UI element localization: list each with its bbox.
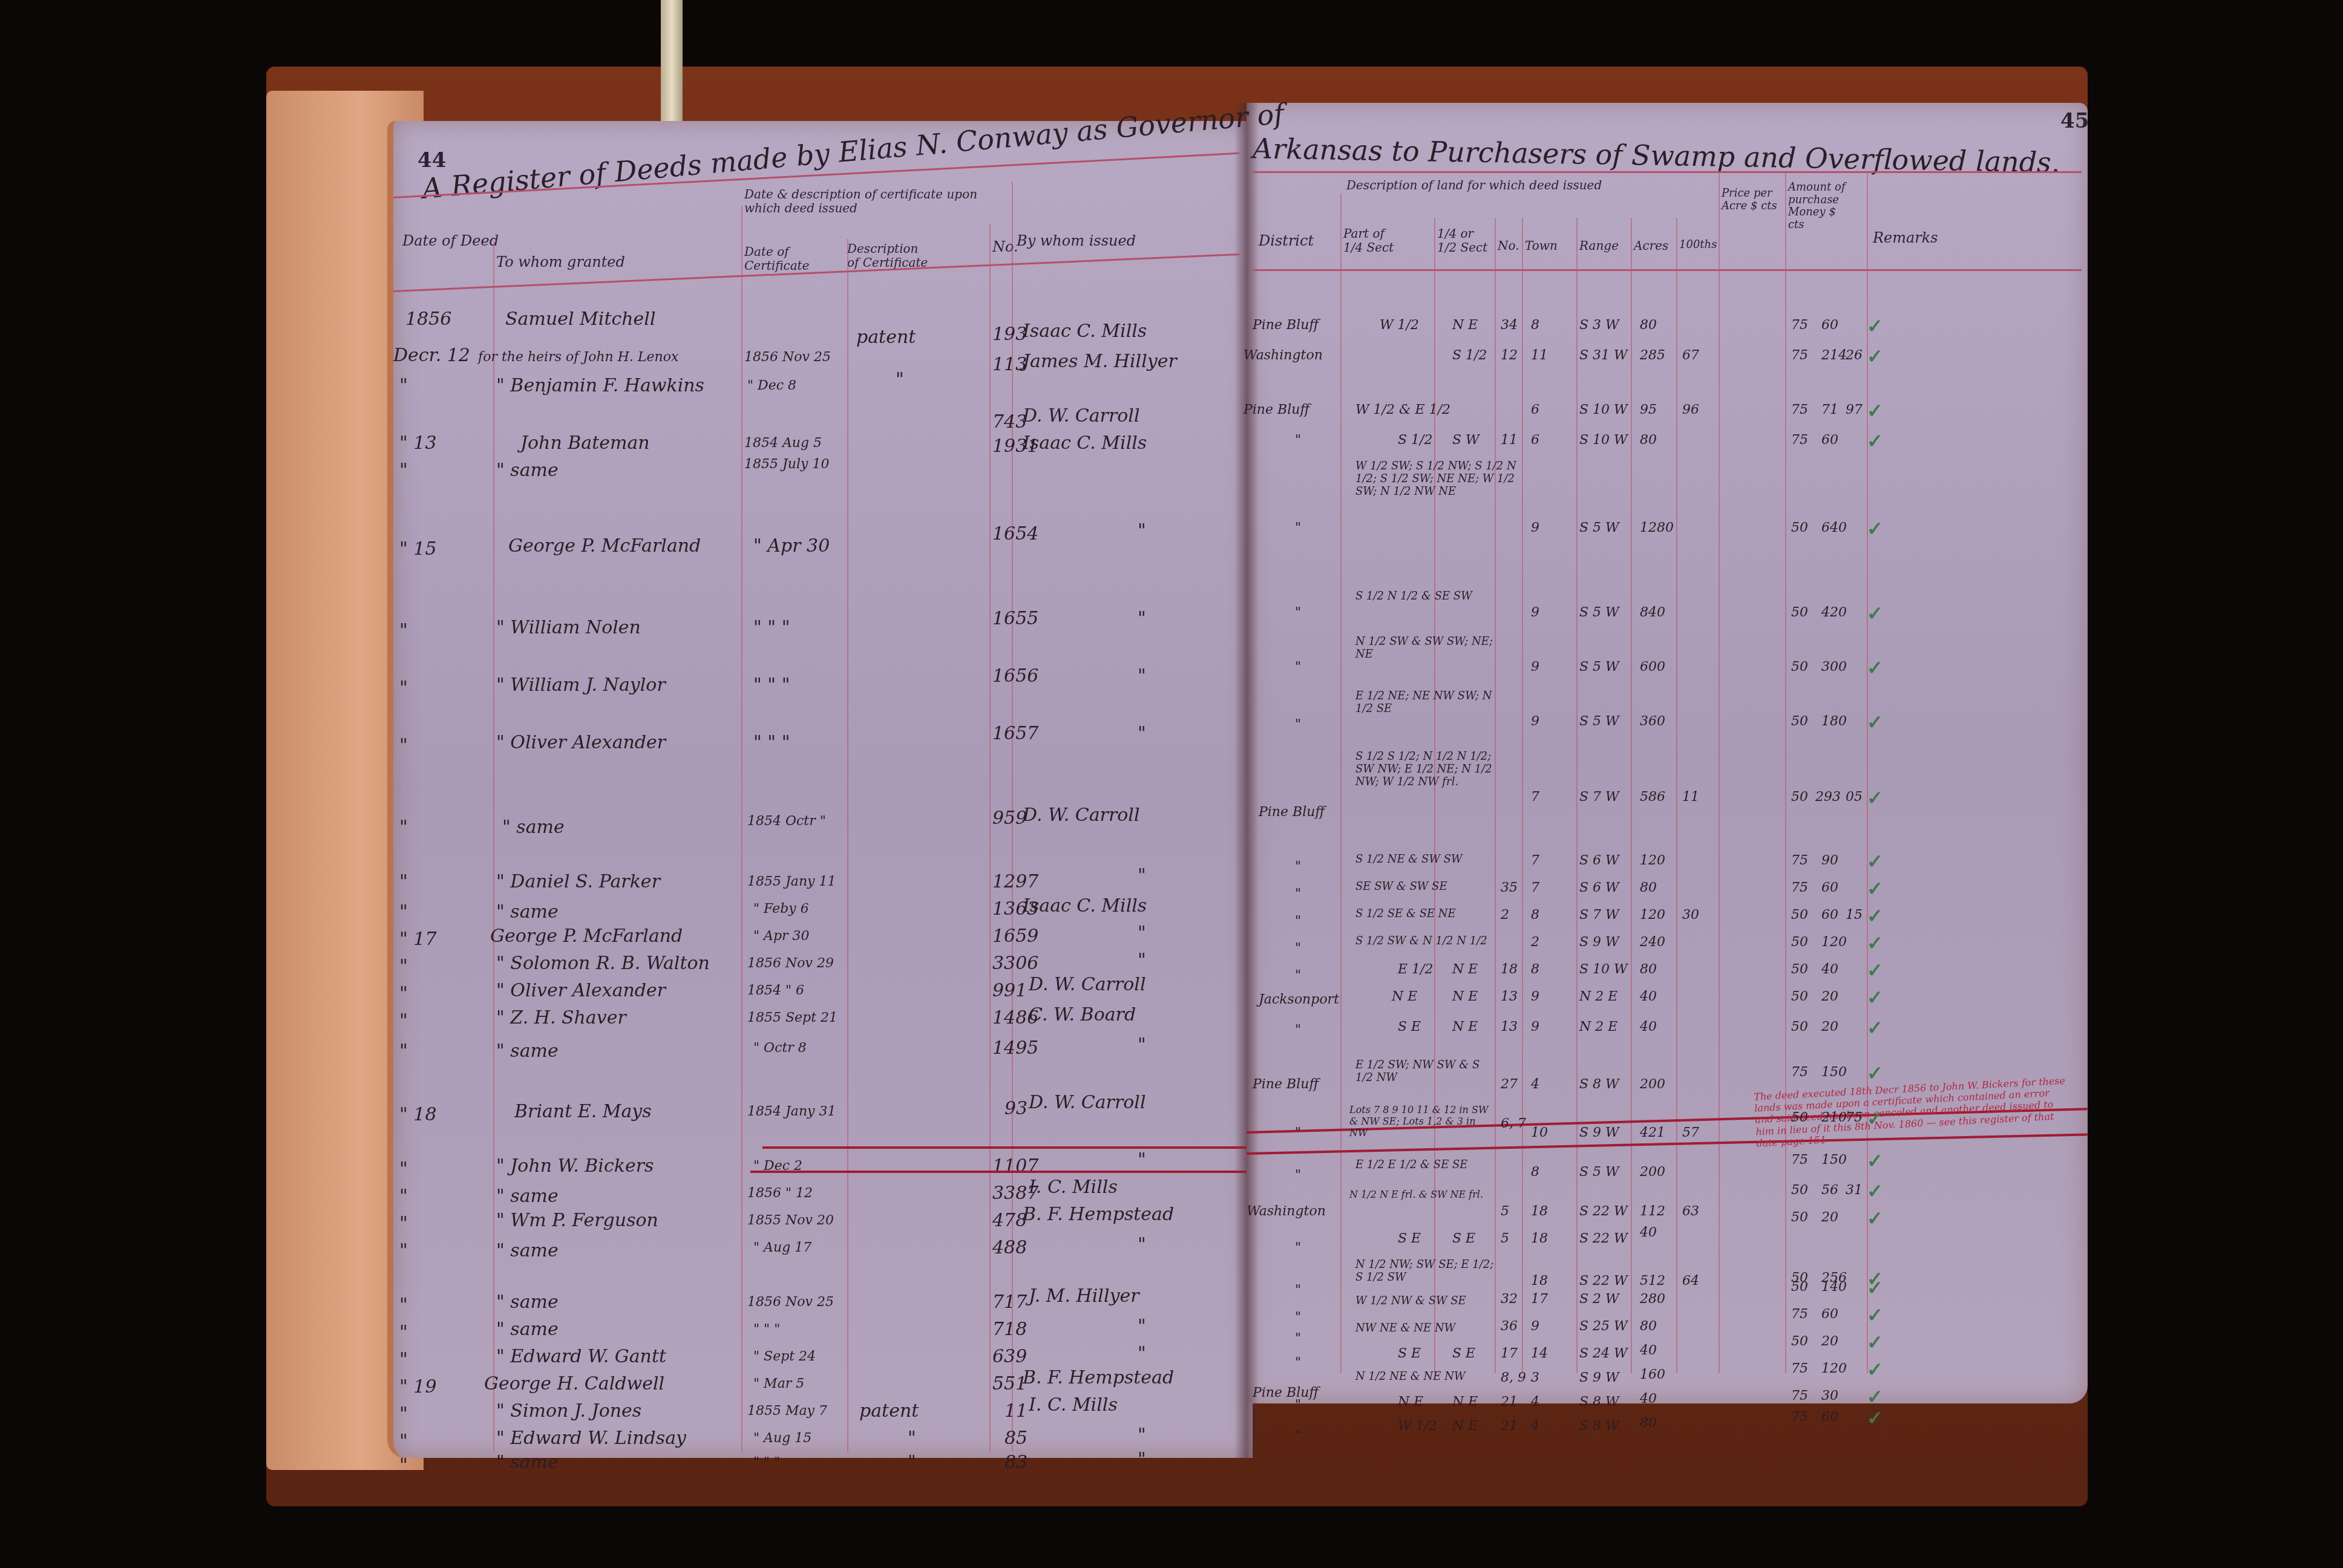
checkmark-icon: ✓ — [1867, 904, 1883, 927]
certificate-date: 1856 Nov 25 — [747, 1295, 834, 1310]
certificate-number: 85 — [1004, 1428, 1027, 1449]
checkmark-icon: ✓ — [1867, 1107, 1883, 1130]
issuer: " — [1138, 520, 1146, 541]
checkmark-icon: ✓ — [1867, 1276, 1883, 1299]
deed-date: " — [399, 1455, 408, 1476]
grantee-name: " Oliver Alexander — [496, 732, 666, 753]
acres: 285 — [1640, 348, 1665, 363]
town: 4 — [1531, 1419, 1539, 1434]
certificate-description: patent — [859, 1400, 919, 1422]
range: S 8 W — [1579, 1077, 1619, 1092]
checkmark-icon: ✓ — [1867, 1331, 1883, 1354]
range: S 8 W — [1579, 1419, 1619, 1434]
checkmark-icon: ✓ — [1867, 850, 1883, 873]
price: 50 — [1791, 789, 1808, 805]
acres: 1280 — [1640, 520, 1674, 535]
amount: 150 — [1821, 1065, 1847, 1080]
header-part-of-quarter-sect: Part of 1/4 Sect — [1343, 227, 1404, 255]
issuer: " — [1138, 950, 1146, 971]
header-by-whom-issued: By whom issued — [1017, 233, 1136, 250]
certificate-number: 1654 — [992, 523, 1038, 544]
deed-date: " 15 — [399, 538, 437, 560]
deed-date: " — [399, 1322, 408, 1343]
cents: 15 — [1846, 907, 1863, 923]
town: 7 — [1531, 853, 1539, 868]
checkmark-icon: ✓ — [1867, 1385, 1883, 1408]
deed-date: " 19 — [399, 1376, 437, 1397]
district: " — [1295, 968, 1301, 983]
checkmark-icon: ✓ — [1867, 711, 1883, 734]
acres: 240 — [1640, 935, 1665, 950]
acres: 160 — [1640, 1367, 1665, 1382]
district: Pine Bluff — [1253, 318, 1319, 333]
hundredths: 63 — [1682, 1204, 1699, 1219]
town: 7 — [1531, 880, 1539, 895]
column-line — [1785, 172, 1786, 1373]
checkmark-icon: ✓ — [1867, 656, 1883, 679]
checkmark-icon: ✓ — [1867, 1358, 1883, 1381]
certificate-date: " Aug 15 — [753, 1431, 811, 1446]
grantee-name: Samuel Mitchell — [505, 309, 656, 330]
deed-date: " — [399, 735, 408, 756]
deed-date: " 13 — [399, 433, 437, 454]
amount: 20 — [1821, 989, 1838, 1004]
issuer: " — [1138, 1149, 1146, 1171]
range: S 5 W — [1579, 605, 1619, 620]
certificate-number: 743 — [992, 411, 1027, 433]
certificate-date: " Apr 30 — [753, 535, 830, 557]
issuer: " — [1138, 1449, 1146, 1470]
deed-date: " 17 — [399, 929, 437, 950]
acres: 80 — [1640, 962, 1657, 977]
acres: 512 — [1640, 1273, 1665, 1289]
acres: 840 — [1640, 605, 1665, 620]
range: S 3 W — [1579, 318, 1619, 333]
deed-date: " — [399, 1403, 408, 1425]
certificate-number: 1655 — [992, 608, 1038, 629]
section-number: 6, 7 — [1501, 1116, 1526, 1131]
header-date-of-deed: Date of Deed — [402, 233, 499, 250]
acres: 200 — [1640, 1077, 1665, 1092]
price: 50 — [1791, 989, 1808, 1004]
amount: 60 — [1821, 1307, 1838, 1322]
issuer: D. W. Carroll — [1029, 974, 1146, 995]
town: 10 — [1531, 1125, 1548, 1140]
deed-date: " — [399, 1158, 408, 1180]
grantee-name: " same — [496, 1292, 559, 1313]
price: 50 — [1791, 520, 1808, 535]
certificate-date: " Dec 8 — [747, 378, 796, 393]
column-line — [1631, 218, 1632, 1373]
amount: 120 — [1821, 1361, 1847, 1376]
section: N E — [1452, 1019, 1478, 1034]
district: " — [1295, 520, 1301, 535]
header-rule-bottom-right — [1253, 269, 2082, 271]
amount: 30 — [1821, 1388, 1838, 1403]
range: S 10 W — [1579, 962, 1628, 977]
amount: 40 — [1821, 962, 1838, 977]
town: 9 — [1531, 1019, 1539, 1034]
part-of-section: S 1/2 SE & SE NE — [1355, 907, 1456, 920]
issuer: Isaac C. Mills — [1023, 433, 1147, 454]
header-date-of-certificate: Date of Certificate — [744, 245, 817, 273]
cents: 05 — [1846, 789, 1863, 805]
part-of-section: W 1/2 NW & SW SE — [1355, 1295, 1466, 1307]
deed-date: " — [399, 956, 408, 977]
amount: 60 — [1821, 433, 1838, 448]
cancellation-line — [762, 1146, 1247, 1149]
checkmark-icon: ✓ — [1867, 1180, 1883, 1203]
deed-date: Decr. 12 — [393, 345, 470, 366]
part-of-section: E 1/2 E 1/2 & SE SE — [1355, 1158, 1468, 1171]
grantee-name: " William Nolen — [496, 617, 641, 638]
acres: 421 — [1640, 1125, 1665, 1140]
deed-date: " — [399, 620, 408, 641]
certificate-date: 1854 Octr " — [747, 814, 826, 829]
issuer: J. M. Hillyer — [1029, 1285, 1139, 1307]
range: S 5 W — [1579, 1165, 1619, 1180]
acres: 40 — [1640, 1225, 1657, 1240]
town: 8 — [1531, 318, 1539, 333]
district: " — [1295, 1355, 1301, 1370]
section-number: 13 — [1501, 989, 1518, 1004]
town: 9 — [1531, 659, 1539, 675]
price: 50 — [1791, 1110, 1808, 1125]
district: Washington — [1247, 1204, 1326, 1219]
range: S 25 W — [1579, 1319, 1628, 1334]
certificate-description: patent — [856, 327, 916, 348]
amount: 60 — [1821, 318, 1838, 333]
grantee-name: " Simon J. Jones — [496, 1400, 641, 1422]
column-line — [989, 224, 991, 1452]
issuer: Isaac C. Mills — [1023, 895, 1147, 916]
column-line — [1719, 172, 1720, 1373]
district: " — [1295, 859, 1301, 874]
price: 75 — [1791, 433, 1808, 448]
grantee-name: " Solomon R. B. Walton — [496, 953, 710, 974]
deed-date: " — [399, 375, 408, 396]
range: S 7 W — [1579, 907, 1619, 923]
price: 50 — [1791, 1019, 1808, 1034]
town: 4 — [1531, 1077, 1539, 1092]
grantee-name: " Daniel S. Parker — [496, 871, 660, 892]
section-number: 5 — [1501, 1231, 1509, 1246]
range: S 8 W — [1579, 1394, 1619, 1410]
town: 3 — [1531, 1370, 1539, 1385]
issuer: " — [1138, 865, 1146, 886]
amount: 420 — [1821, 605, 1847, 620]
issuer: B. F. Hempstead — [1023, 1367, 1174, 1388]
grantee-name: George P. McFarland — [508, 535, 701, 557]
issuer: Isaac C. Mills — [1023, 321, 1147, 342]
amount: 71 — [1821, 402, 1838, 417]
section: S 1/2 — [1452, 348, 1487, 363]
header-acres: Acres — [1634, 239, 1668, 253]
issuer: B. F. Hempstead — [1023, 1204, 1174, 1225]
range: S 5 W — [1579, 659, 1619, 675]
certificate-date: " Mar 5 — [753, 1376, 804, 1391]
acres: 200 — [1640, 1165, 1665, 1180]
certificate-date: 1854 Aug 5 — [744, 436, 822, 451]
issuer: I. C. Mills — [1029, 1394, 1118, 1416]
left-page-number: 44 — [418, 148, 446, 172]
header-rule-top-right — [1253, 171, 2082, 173]
part-of-section: E 1/2 SW; NW SW & S 1/2 NW — [1355, 1059, 1495, 1084]
certificate-number: 718 — [992, 1319, 1027, 1340]
district: " — [1295, 659, 1301, 675]
section-number: 8, 9 — [1501, 1370, 1526, 1385]
hundredths: 96 — [1682, 402, 1699, 417]
column-line — [1522, 218, 1523, 1373]
part-of-section: N 1/2 SW & SW SW; NE; NE — [1355, 635, 1495, 661]
deed-date: " — [399, 983, 408, 1004]
header-town: Town — [1525, 239, 1558, 253]
price: 75 — [1791, 853, 1808, 868]
certificate-date: " " " — [753, 617, 790, 638]
grantee-name: " Edward W. Lindsay — [496, 1428, 686, 1449]
deed-date: " — [399, 901, 408, 923]
certificate-number: 1657 — [992, 723, 1038, 744]
section: N E — [1452, 989, 1478, 1004]
issuer: " — [1138, 1425, 1146, 1446]
price: 75 — [1791, 402, 1808, 417]
grantee-name: " Edward W. Gantt — [496, 1346, 666, 1367]
range: S 9 W — [1579, 1125, 1619, 1140]
section-number: 21 — [1501, 1394, 1518, 1410]
checkmark-icon: ✓ — [1867, 602, 1883, 625]
district: " — [1295, 1168, 1301, 1183]
range: S 5 W — [1579, 520, 1619, 535]
town: 9 — [1531, 605, 1539, 620]
column-line — [1495, 218, 1496, 1373]
deed-date: " — [399, 871, 408, 892]
certificate-number: 1297 — [992, 871, 1038, 892]
certificate-number: 1656 — [992, 665, 1038, 687]
range: S 6 W — [1579, 880, 1619, 895]
district: Pine Bluff — [1253, 1077, 1319, 1092]
checkmark-icon: ✓ — [1867, 986, 1883, 1009]
district: Washington — [1244, 348, 1323, 363]
certificate-number: 1107 — [992, 1155, 1038, 1177]
part-of-section: SE SW & SW SE — [1355, 880, 1447, 893]
certificate-number: 959 — [992, 808, 1027, 829]
grantee-name: " Benjamin F. Hawkins — [496, 375, 704, 396]
checkmark-icon: ✓ — [1867, 430, 1883, 452]
cancellation-line — [750, 1171, 1247, 1173]
checkmark-icon: ✓ — [1867, 1207, 1883, 1230]
certificate-number: 113 — [992, 354, 1027, 375]
price: 75 — [1791, 1065, 1808, 1080]
district: " — [1295, 1331, 1301, 1346]
issuer: " — [1138, 723, 1146, 744]
certificate-number: 83 — [1004, 1452, 1027, 1473]
issuer: " — [1138, 923, 1146, 944]
deed-date: " — [399, 1040, 408, 1062]
column-line — [847, 239, 848, 1452]
amount: 180 — [1821, 714, 1847, 729]
header-description-of-certificate: Description of Certificate — [847, 242, 932, 270]
column-line — [1676, 218, 1677, 1373]
acres: 40 — [1640, 989, 1657, 1004]
issuer: " — [1138, 1316, 1146, 1337]
range: S 5 W — [1579, 714, 1619, 729]
part-of-section: W 1/2 SW; S 1/2 NW; S 1/2 N 1/2; S 1/2 S… — [1355, 460, 1519, 498]
acres: 40 — [1640, 1391, 1657, 1406]
acres: 95 — [1640, 402, 1657, 417]
range: S 22 W — [1579, 1273, 1628, 1289]
part-of-section: W 1/2 — [1380, 318, 1419, 333]
checkmark-icon: ✓ — [1867, 932, 1883, 955]
amount: 293 — [1815, 789, 1841, 805]
certificate-date: " " " — [753, 675, 790, 696]
grantee-name: " same — [496, 1040, 559, 1062]
certificate-description: " — [908, 1428, 916, 1449]
issuer: " — [1138, 1343, 1146, 1364]
hundredths: 57 — [1682, 1125, 1699, 1140]
part-of-section: Lots 7 8 9 10 11 & 12 in SW & NW SE; Lot… — [1349, 1104, 1495, 1138]
certificate-date: 1855 May 7 — [747, 1403, 827, 1419]
header-price-per-acre: Price per Acre $ cts — [1722, 188, 1782, 212]
range: S 7 W — [1579, 789, 1619, 805]
town: 4 — [1531, 1394, 1539, 1410]
section: N E — [1452, 962, 1478, 977]
certificate-date: 1854 " 6 — [747, 983, 804, 998]
grantee-name: " same — [496, 1240, 559, 1261]
header-remarks: Remarks — [1873, 230, 1938, 247]
checkmark-icon: ✓ — [1867, 517, 1883, 540]
grantee-name: " Oliver Alexander — [496, 980, 666, 1001]
town: 8 — [1531, 1165, 1539, 1180]
header-land-group: Description of land for which deed issue… — [1346, 178, 1602, 192]
section: N E — [1452, 1394, 1478, 1410]
range: S 2 W — [1579, 1292, 1619, 1307]
grantee-name: " Wm P. Ferguson — [496, 1210, 658, 1231]
certificate-date: " " " — [753, 1455, 780, 1470]
certificate-date: 1856 Nov 29 — [747, 956, 834, 971]
town: 9 — [1531, 1319, 1539, 1334]
section-number: 21 — [1501, 1419, 1518, 1434]
amount: 640 — [1821, 520, 1847, 535]
acres: 120 — [1640, 853, 1665, 868]
header-quarter-or-half-sect: 1/4 or 1/2 Sect — [1437, 227, 1492, 255]
section-number: 27 — [1501, 1077, 1518, 1092]
amount: 210 — [1821, 1110, 1847, 1125]
amount: 20 — [1821, 1019, 1838, 1034]
deed-date: " — [399, 460, 408, 481]
grantee-name: " same — [496, 460, 559, 481]
certificate-date: " Aug 17 — [753, 1240, 811, 1255]
district: " — [1295, 1125, 1301, 1140]
town: 11 — [1531, 348, 1548, 363]
acres: 600 — [1640, 659, 1665, 675]
town: 8 — [1531, 907, 1539, 923]
certificate-date: " " " — [753, 1322, 780, 1337]
district: Pine Bluff — [1253, 1385, 1319, 1400]
section-number: 17 — [1501, 1346, 1518, 1361]
part-of-section: S E — [1398, 1019, 1421, 1034]
amount: 214 — [1821, 348, 1847, 363]
part-of-section: N 1/2 N E frl. & SW NE frl. — [1349, 1189, 1495, 1200]
town: 18 — [1531, 1204, 1548, 1219]
book-gutter — [1234, 103, 1259, 1458]
column-line — [493, 242, 494, 1452]
right-page-number: 45 — [2060, 109, 2089, 133]
certificate-number: 3306 — [992, 953, 1038, 974]
part-of-section: S 1/2 — [1398, 433, 1432, 448]
checkmark-icon: ✓ — [1867, 959, 1883, 982]
certificate-number: 193 — [992, 324, 1027, 345]
certificate-date: " Sept 24 — [753, 1349, 816, 1364]
town: 9 — [1531, 520, 1539, 535]
cents: 75 — [1846, 1110, 1863, 1125]
certificate-number: 488 — [992, 1237, 1027, 1258]
header-district: District — [1259, 233, 1314, 250]
hundredths: 30 — [1682, 907, 1699, 923]
range: S 24 W — [1579, 1346, 1628, 1361]
certificate-date: 1854 Jany 31 — [747, 1104, 836, 1119]
amount: 60 — [1821, 907, 1838, 923]
range: S 22 W — [1579, 1204, 1628, 1219]
checkmark-icon: ✓ — [1867, 1304, 1883, 1327]
certificate-date: 1855 July 10 — [744, 457, 829, 472]
district: " — [1295, 1310, 1301, 1325]
header-no: No. — [992, 239, 1018, 256]
section-number: 32 — [1501, 1292, 1518, 1307]
amount: 60 — [1821, 880, 1838, 895]
certificate-number: 717 — [992, 1292, 1027, 1313]
certificate-date: 1855 Nov 20 — [747, 1213, 834, 1228]
amount: 90 — [1821, 853, 1838, 868]
range: S 9 W — [1579, 935, 1619, 950]
part-of-section: S E — [1398, 1231, 1421, 1246]
issuer: " — [1138, 1034, 1146, 1056]
price: 75 — [1791, 1152, 1808, 1168]
amount: 140 — [1821, 1279, 1847, 1295]
amount: 56 — [1821, 1183, 1838, 1198]
town: 2 — [1531, 935, 1539, 950]
grantee-name: George P. McFarland — [490, 926, 683, 947]
part-of-section: E 1/2 — [1398, 962, 1433, 977]
range: N 2 E — [1579, 1019, 1617, 1034]
section: S E — [1452, 1346, 1475, 1361]
amount: 20 — [1821, 1334, 1838, 1349]
hundredths: 11 — [1682, 789, 1699, 805]
price: 50 — [1791, 1210, 1808, 1225]
price: 50 — [1791, 1183, 1808, 1198]
issuer: C. W. Board — [1029, 1004, 1136, 1025]
district: " — [1295, 941, 1301, 956]
certificate-description: " — [896, 369, 904, 390]
price: 50 — [1791, 659, 1808, 675]
part-of-section: W 1/2 & E 1/2 — [1355, 402, 1450, 417]
acres: 280 — [1640, 1292, 1665, 1307]
acres: 80 — [1640, 880, 1657, 895]
range: S 10 W — [1579, 433, 1628, 448]
certificate-date: 1855 Jany 11 — [747, 874, 836, 889]
part-of-section: N 1/2 NE & NE NW — [1355, 1370, 1465, 1383]
town: 6 — [1531, 433, 1539, 448]
hundredths: 64 — [1682, 1273, 1699, 1289]
district: " — [1295, 433, 1301, 448]
acres: 80 — [1640, 1319, 1657, 1334]
acres: 40 — [1640, 1019, 1657, 1034]
certificate-date: 1856 Nov 25 — [744, 350, 831, 365]
grantee-name: " same — [496, 1319, 559, 1340]
cents: 31 — [1846, 1183, 1863, 1198]
deed-date: " — [399, 817, 408, 838]
district: " — [1295, 717, 1301, 732]
town: 9 — [1531, 714, 1539, 729]
